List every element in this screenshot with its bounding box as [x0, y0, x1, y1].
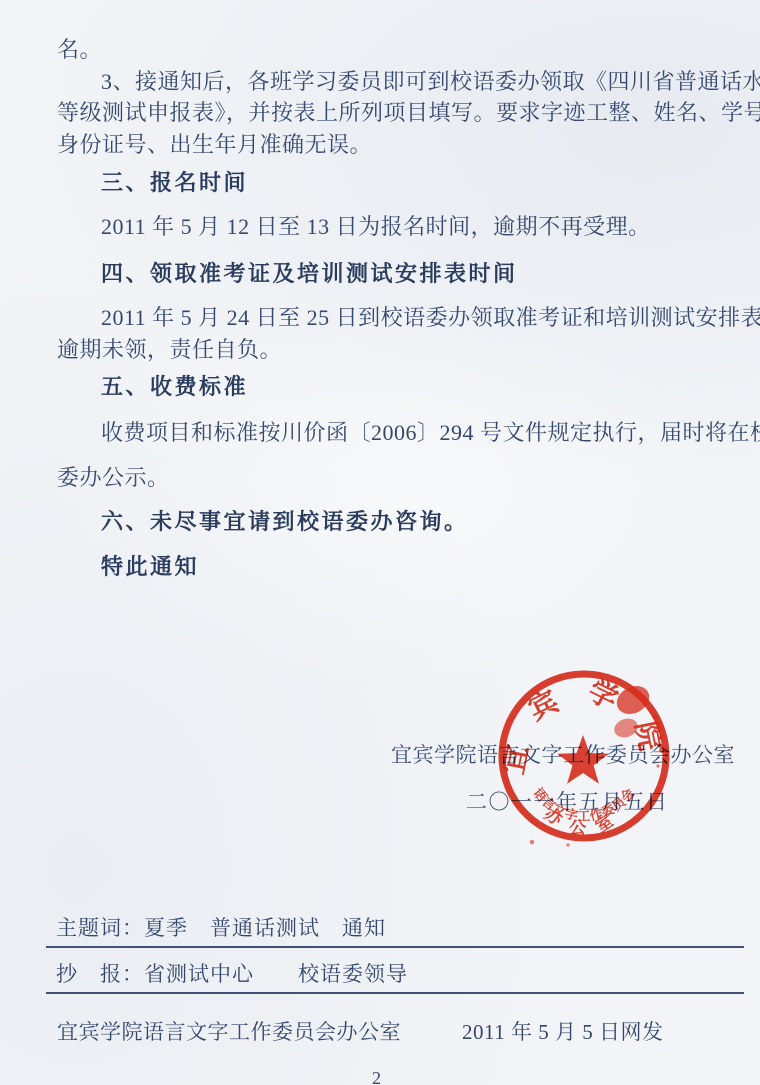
subject-keywords-text: 主题词：夏季 普通话测试 通知	[56, 912, 386, 942]
issuer-office: 宜宾学院语言文字工作委员会办公室	[57, 1016, 401, 1046]
star-icon	[557, 735, 608, 784]
doc-line-item3-cont: 等级测试申报表》，并按表上所列项目填写。要求字迹工整、姓名、学号、	[57, 99, 760, 127]
section-4-body: 2011 年 5 月 24 日至 25 日到校语委办领取准考证和培训测试安排表，	[57, 304, 760, 332]
section-heading-3: 三、报名时间	[57, 169, 248, 197]
seal-splatter-dot	[656, 764, 659, 767]
seal-splatter-dot	[653, 715, 658, 720]
section-heading-6: 六、未尽事宜请到校语委办咨询。	[57, 508, 469, 536]
section-heading-5: 五、收费标准	[57, 373, 248, 401]
seal-splatter-dot	[658, 729, 662, 733]
copy-to-text: 抄 报：省测试中心 校语委领导	[56, 958, 408, 988]
doc-line-item3: 3、接通知后，各班学习委员即可到校语委办领取《四川省普通话水平	[57, 68, 760, 96]
doc-line-item3-cont2: 身份证号、出生年月准确无误。	[57, 131, 372, 159]
seal-splatter-dot	[566, 843, 569, 846]
section-heading-4: 四、领取准考证及培训测试安排表时间	[57, 260, 518, 288]
seal-splatter-dot	[659, 747, 665, 753]
seal-splatter-dot	[530, 840, 534, 844]
section-3-body: 2011 年 5 月 12 日至 13 日为报名时间，逾期不再受理。	[57, 213, 651, 241]
section-5-body-cont: 委办公示。	[57, 464, 170, 492]
official-seal: 宜宾学院 语言文字工作委员会 办公室	[492, 670, 678, 848]
issue-date: 2011 年 5 月 5 日网发	[462, 1016, 663, 1046]
section-4-body-cont: 逾期未领，责任自负。	[57, 336, 282, 364]
copy-to-row: 抄 报：省测试中心 校语委领导	[46, 960, 744, 994]
doc-line-continuation: 名。	[57, 36, 102, 64]
page-number: 2	[372, 1068, 381, 1085]
section-5-body: 收费项目和标准按川价函〔2006〕294 号文件规定执行，届时将在校语	[57, 419, 760, 447]
subject-keywords-row: 主题词：夏季 普通话测试 通知	[46, 914, 744, 948]
notice-document-page: 名。 3、接通知后，各班学习委员即可到校语委办领取《四川省普通话水平 等级测试申…	[0, 0, 760, 1085]
closing-phrase: 特此通知	[57, 553, 199, 581]
